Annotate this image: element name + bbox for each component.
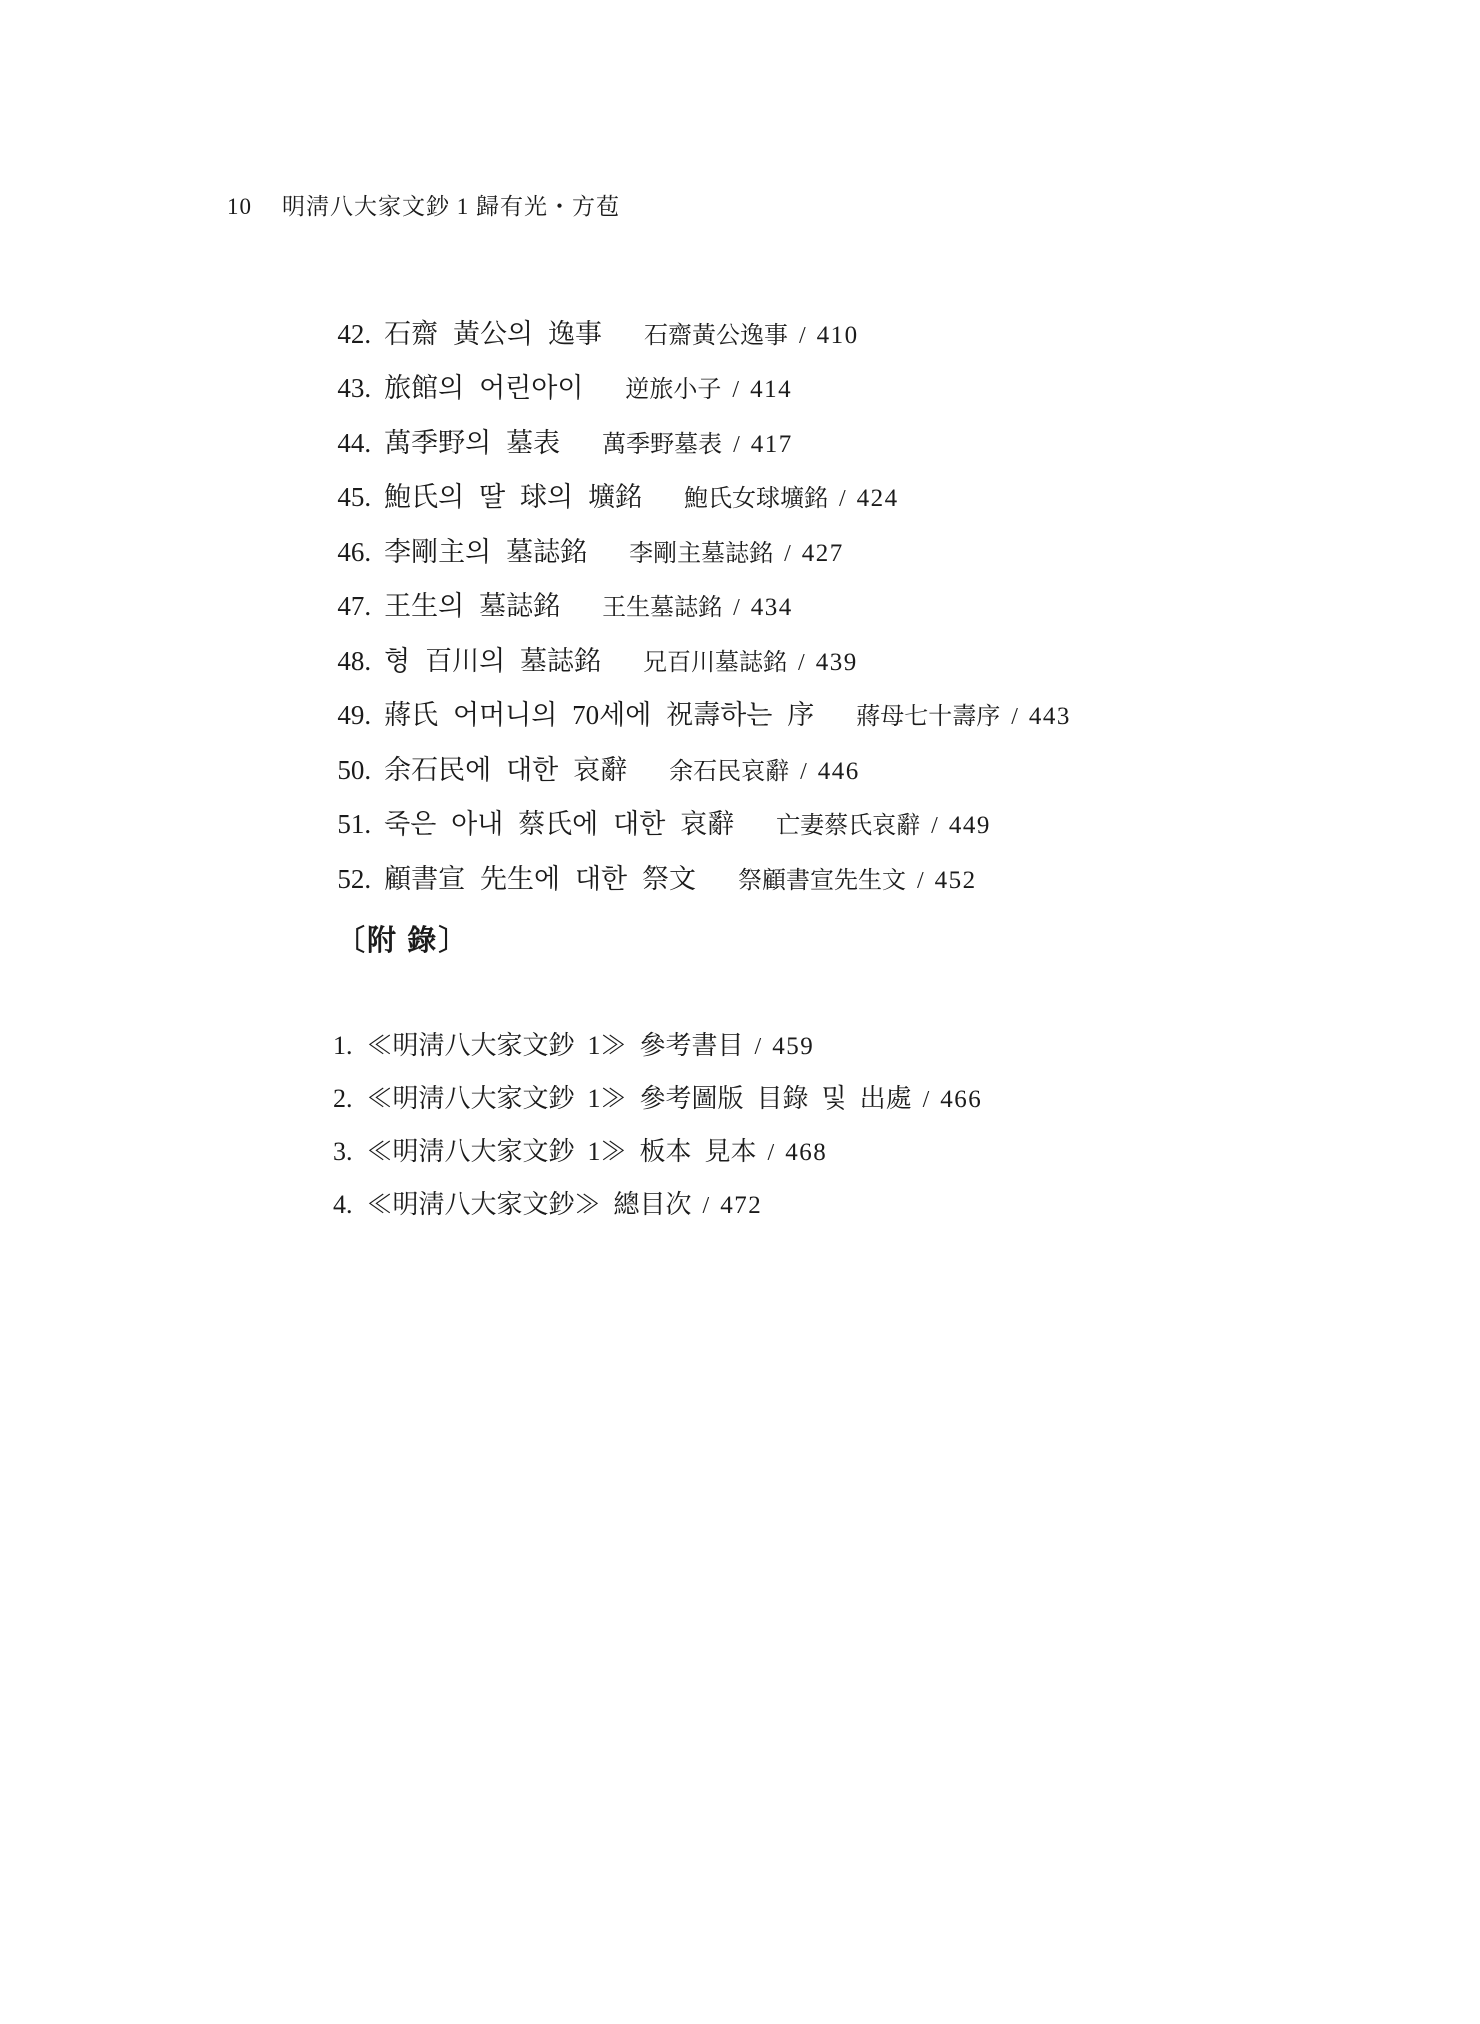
entry-page-number: 427 bbox=[802, 540, 844, 567]
running-head: 10明淸八大家文鈔 1 歸有光・方苞 bbox=[200, 162, 620, 247]
entry-title-hanja: 逆旅小子 bbox=[625, 377, 721, 403]
entry-number: 50. bbox=[337, 755, 371, 785]
entry-separator: / bbox=[931, 813, 938, 839]
entry-title-korean: 石齋 黃公의 逸事 bbox=[384, 319, 602, 349]
entry-number: 43. bbox=[337, 373, 371, 403]
entry-separator: / bbox=[923, 1087, 930, 1113]
entry-number: 42. bbox=[337, 319, 371, 349]
entry-number: 51. bbox=[337, 809, 371, 839]
entry-separator: / bbox=[733, 432, 740, 458]
entry-title: ≪明淸八大家文鈔 1≫ 板本 見本 bbox=[367, 1137, 757, 1166]
entry-separator: / bbox=[768, 1140, 775, 1166]
entry-title-hanja: 兄百川墓誌銘 bbox=[643, 650, 787, 676]
entry-title: ≪明淸八大家文鈔≫ 總目次 bbox=[367, 1190, 692, 1219]
page-number: 10 bbox=[227, 194, 252, 219]
entry-page-number: 466 bbox=[940, 1086, 982, 1113]
entry-title-hanja: 李剛主墓誌銘 bbox=[629, 541, 773, 567]
entry-title-korean: 余石民에 대한 哀辭 bbox=[384, 755, 627, 785]
entry-number: 4. bbox=[333, 1190, 353, 1219]
entry-separator: / bbox=[800, 759, 807, 785]
entry-title-korean: 죽은 아내 蔡氏에 대한 哀辭 bbox=[384, 809, 734, 839]
entry-number: 2. bbox=[333, 1084, 353, 1113]
entry-number: 47. bbox=[337, 591, 371, 621]
entry-number: 1. bbox=[333, 1031, 353, 1060]
entry-separator: / bbox=[839, 486, 846, 512]
appendix-list: 1.≪明淸八大家文鈔 1≫ 參考書目/459 2.≪明淸八大家文鈔 1≫ 參考圖… bbox=[281, 966, 982, 1178]
entry-page-number: 434 bbox=[751, 594, 793, 621]
entry-page-number: 446 bbox=[818, 758, 860, 785]
entry-title-korean: 蔣氏 어머니의 70세에 祝壽하는 序 bbox=[384, 700, 814, 730]
entry-number: 46. bbox=[337, 537, 371, 567]
entry-page-number: 414 bbox=[750, 376, 792, 403]
entry-number: 49. bbox=[337, 700, 371, 730]
entry-title-hanja: 蔣母七十壽序 bbox=[856, 704, 1000, 730]
entry-title-hanja: 鮑氏女球壙銘 bbox=[684, 486, 828, 512]
appendix-heading: 〔附 錄〕 bbox=[336, 918, 469, 959]
entry-separator: / bbox=[703, 1193, 710, 1219]
entry-number: 3. bbox=[333, 1137, 353, 1166]
entry-page-number: 459 bbox=[772, 1033, 814, 1060]
toc-entry: 42.石齋 黃公의 逸事石齋黃公逸事/410 bbox=[278, 252, 1071, 307]
entry-title-korean: 萬季野의 墓表 bbox=[384, 428, 560, 458]
entry-separator: / bbox=[733, 595, 740, 621]
book-page: 10明淸八大家文鈔 1 歸有光・方苞 42.石齋 黃公의 逸事石齋黃公逸事/41… bbox=[0, 0, 1480, 2024]
entry-separator: / bbox=[799, 323, 806, 349]
entry-title-hanja: 亡妻蔡氏哀辭 bbox=[776, 813, 920, 839]
entry-separator: / bbox=[798, 650, 805, 676]
entry-separator: / bbox=[755, 1034, 762, 1060]
entry-page-number: 468 bbox=[785, 1139, 827, 1166]
entry-title-korean: 旅館의 어린아이 bbox=[384, 373, 583, 403]
appendix-entry: 1.≪明淸八大家文鈔 1≫ 參考書目/459 bbox=[281, 966, 982, 1019]
entry-page-number: 410 bbox=[817, 322, 859, 349]
entry-title-hanja: 余石民哀辭 bbox=[669, 759, 789, 785]
entry-title-korean: 형 百川의 墓誌銘 bbox=[384, 646, 601, 676]
entry-title: ≪明淸八大家文鈔 1≫ 參考圖版 目錄 및 出處 bbox=[367, 1084, 912, 1113]
entry-number: 44. bbox=[337, 428, 371, 458]
entry-title-korean: 李剛主의 墓誌銘 bbox=[384, 537, 587, 567]
entry-number: 48. bbox=[337, 646, 371, 676]
entry-title-korean: 王生의 墓誌銘 bbox=[384, 591, 560, 621]
entry-title-hanja: 萬季野墓表 bbox=[602, 432, 722, 458]
entry-separator: / bbox=[917, 868, 924, 894]
entry-number: 52. bbox=[337, 864, 371, 894]
entry-title-hanja: 祭顧書宣先生文 bbox=[738, 868, 906, 894]
entry-title-korean: 顧書宣 先生에 대한 祭文 bbox=[384, 864, 696, 894]
entry-title: ≪明淸八大家文鈔 1≫ 參考書目 bbox=[367, 1031, 744, 1060]
entry-title-korean: 鮑氏의 딸 球의 壙銘 bbox=[384, 482, 642, 512]
entry-title-hanja: 石齋黃公逸事 bbox=[644, 323, 788, 349]
entry-page-number: 472 bbox=[720, 1192, 762, 1219]
entry-page-number: 439 bbox=[816, 649, 858, 676]
entry-separator: / bbox=[732, 377, 739, 403]
entry-separator: / bbox=[784, 541, 791, 567]
entry-separator: / bbox=[1011, 704, 1018, 730]
entry-number: 45. bbox=[337, 482, 371, 512]
running-head-title: 明淸八大家文鈔 1 歸有光・方苞 bbox=[282, 194, 620, 219]
toc-list: 42.石齋 黃公의 逸事石齋黃公逸事/410 43.旅館의 어린아이逆旅小子/4… bbox=[278, 252, 1071, 852]
entry-page-number: 452 bbox=[935, 867, 977, 894]
entry-page-number: 417 bbox=[751, 431, 793, 458]
entry-page-number: 424 bbox=[857, 485, 899, 512]
entry-title-hanja: 王生墓誌銘 bbox=[602, 595, 722, 621]
entry-page-number: 443 bbox=[1029, 703, 1071, 730]
entry-page-number: 449 bbox=[949, 812, 991, 839]
